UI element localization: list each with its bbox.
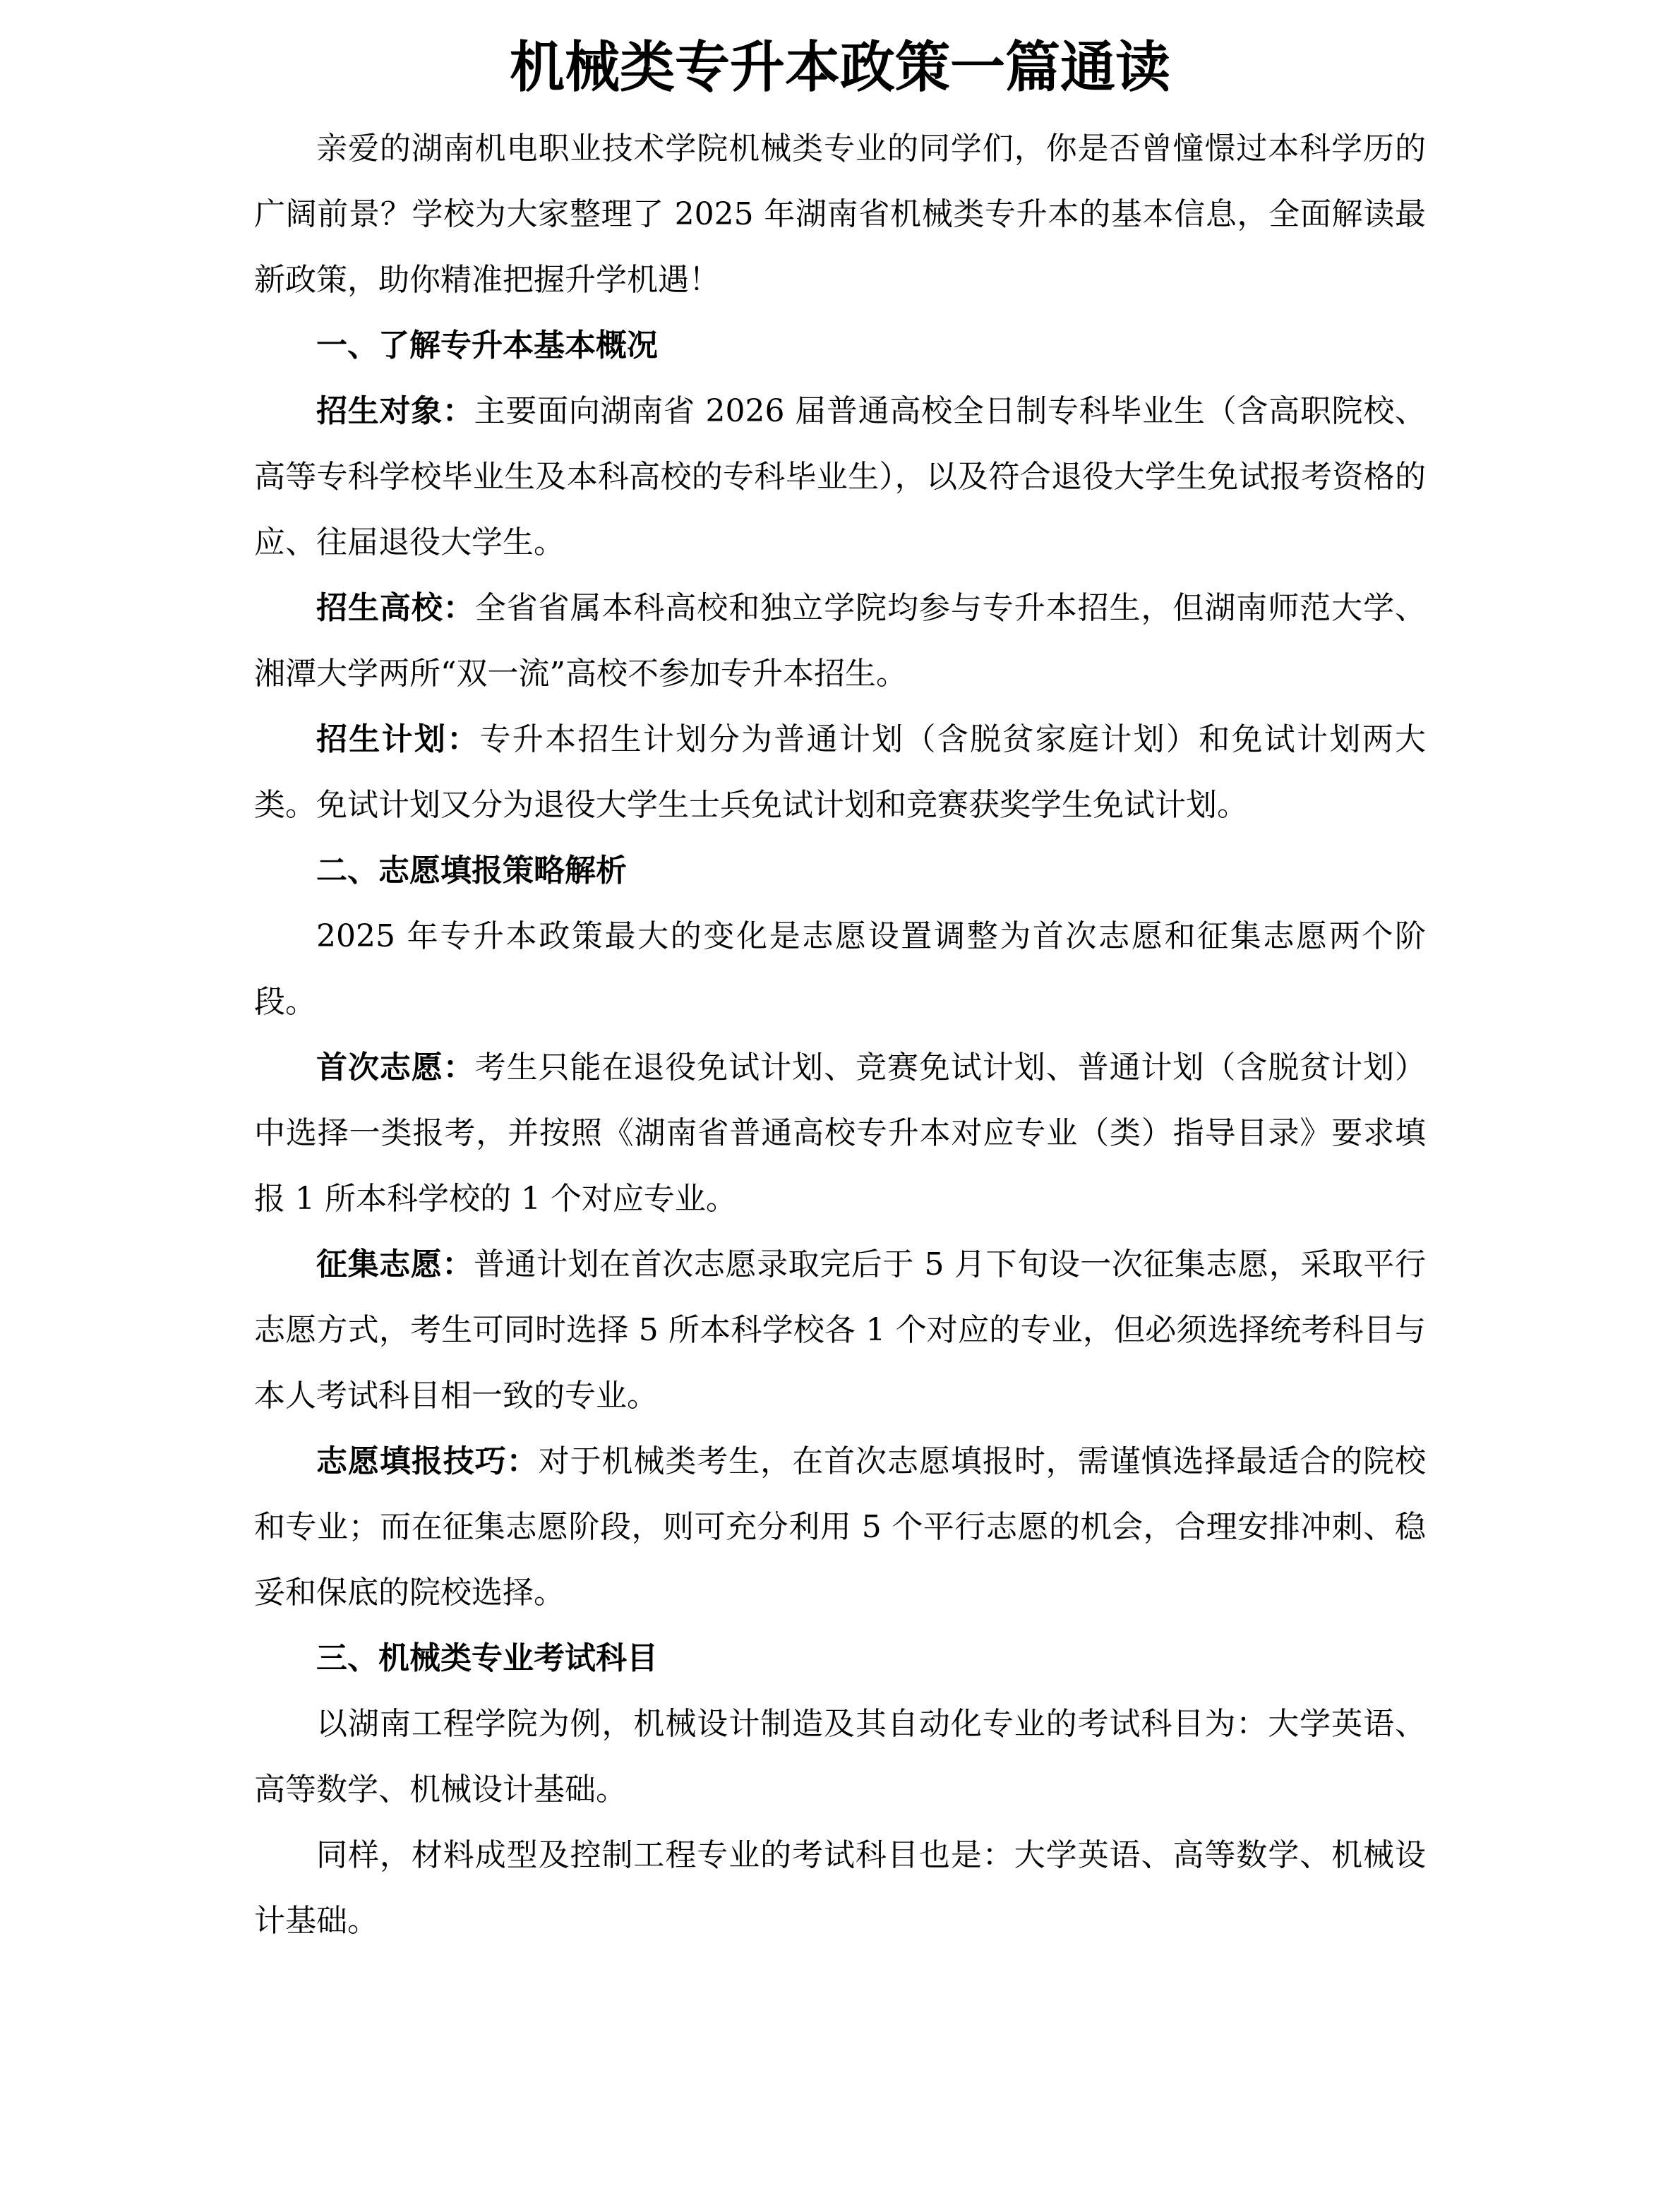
paragraph-intro: 亲爱的湖南机电职业技术学院机械类专业的同学们，你是否曾憧憬过本科学历的广阔前景？…: [254, 116, 1426, 313]
paragraph-application-tips: 志愿填报技巧：对于机械类考生，在首次志愿填报时，需谨慎选择最适合的院校和专业；而…: [254, 1429, 1426, 1625]
paragraph-text: 亲爱的湖南机电职业技术学院机械类专业的同学们，你是否曾憧憬过本科学历的广阔前景？…: [254, 131, 1426, 298]
section-heading-2: 二、志愿填报策略解析: [254, 838, 1426, 903]
paragraph-enrollment-target: 招生对象：主要面向湖南省 2026 届普通高校全日制专科毕业生（含高职院校、高等…: [254, 378, 1426, 575]
section-heading-text: 二、志愿填报策略解析: [316, 853, 627, 889]
section-heading-text: 三、机械类专业考试科目: [316, 1640, 658, 1676]
document-title: 机械类专升本政策一篇通读: [254, 20, 1426, 116]
paragraph-text: 同样，材料成型及控制工程专业的考试科目也是：大学英语、高等数学、机械设计基础。: [254, 1837, 1426, 1939]
paragraph-lead: 招生对象：: [316, 393, 474, 429]
paragraph-lead: 首次志愿：: [316, 1050, 475, 1086]
section-heading-text: 一、了解专升本基本概况: [316, 327, 658, 363]
paragraph-enrollment-colleges: 招生高校：全省省属本科高校和独立学院均参与专升本招生，但湖南师范大学、湘潭大学两…: [254, 575, 1426, 706]
document-page: 机械类专升本政策一篇通读 亲爱的湖南机电职业技术学院机械类专业的同学们，你是否曾…: [0, 0, 1680, 2195]
paragraph-lead: 招生高校：: [316, 590, 475, 626]
paragraph-policy-change: 2025 年专升本政策最大的变化是志愿设置调整为首次志愿和征集志愿两个阶段。: [254, 903, 1426, 1035]
paragraph-enrollment-plan: 招生计划：专升本招生计划分为普通计划（含脱贫家庭计划）和免试计划两大类。免试计划…: [254, 706, 1426, 838]
paragraph-text: 2025 年专升本政策最大的变化是志愿设置调整为首次志愿和征集志愿两个阶段。: [254, 918, 1426, 1020]
paragraph-exam-subjects-1: 以湖南工程学院为例，机械设计制造及其自动化专业的考试科目为：大学英语、高等数学、…: [254, 1691, 1426, 1822]
paragraph-text: 以湖南工程学院为例，机械设计制造及其自动化专业的考试科目为：大学英语、高等数学、…: [254, 1706, 1426, 1808]
paragraph-first-choice: 首次志愿：考生只能在退役免试计划、竞赛免试计划、普通计划（含脱贫计划）中选择一类…: [254, 1035, 1426, 1232]
paragraph-lead: 志愿填报技巧：: [316, 1443, 539, 1479]
paragraph-lead: 征集志愿：: [316, 1246, 474, 1282]
section-heading-1: 一、了解专升本基本概况: [254, 313, 1426, 378]
paragraph-lead: 招生计划：: [316, 721, 480, 757]
paragraph-supplementary-choice: 征集志愿：普通计划在首次志愿录取完后于 5 月下旬设一次征集志愿，采取平行志愿方…: [254, 1232, 1426, 1429]
section-heading-3: 三、机械类专业考试科目: [254, 1625, 1426, 1691]
paragraph-exam-subjects-2: 同样，材料成型及控制工程专业的考试科目也是：大学英语、高等数学、机械设计基础。: [254, 1822, 1426, 1954]
